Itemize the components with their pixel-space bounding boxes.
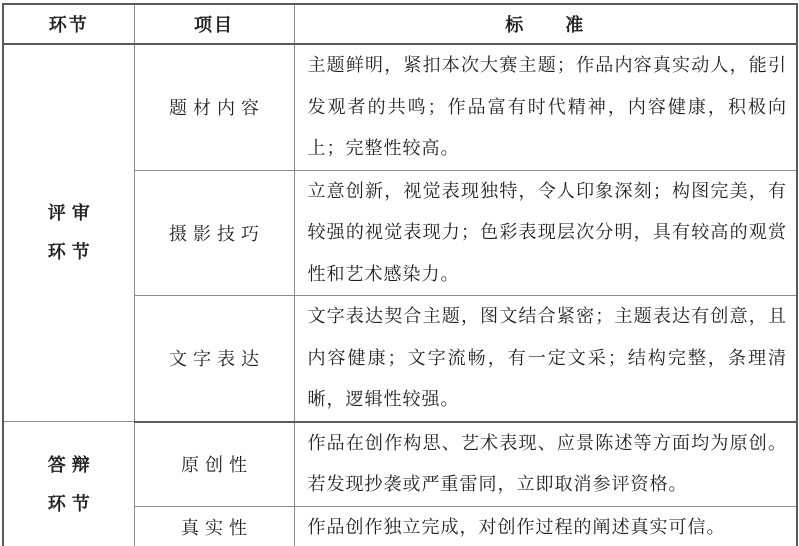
header-cell-standard: 标 准 [294, 4, 797, 44]
item-cell-photography-skill: 摄影技巧 [134, 170, 294, 296]
standard-cell-authenticity: 作品创作独立完成，对创作过程的阐述真实可信。 [294, 506, 797, 546]
header-cell-stage: 环节 [3, 4, 134, 44]
standard-cell-subject-content: 主题鲜明，紧扣本次大赛主题；作品内容真实动人，能引发观者的共鸣；作品富有时代精神… [294, 44, 797, 170]
stage-label-line: 环节 [4, 485, 134, 524]
table-header-row: 环节 项目 标 准 [3, 4, 797, 44]
item-cell-text-expression: 文字表达 [134, 296, 294, 422]
item-cell-subject-content: 题材内容 [134, 44, 294, 170]
stage-cell-review: 评审 环节 [3, 44, 134, 422]
stage-label-line: 答辩 [4, 446, 134, 485]
stage-cell-defense: 答辩 环节 [3, 422, 134, 546]
table-row: 评审 环节 题材内容 主题鲜明，紧扣本次大赛主题；作品内容真实动人，能引发观者的… [3, 44, 797, 170]
standard-cell-originality: 作品在创作构思、艺术表现、应景陈述等方面均为原创。若发现抄袭或严重雷同，立即取消… [294, 422, 797, 507]
stage-label-line: 评审 [4, 194, 134, 233]
table-row: 答辩 环节 原创性 作品在创作构思、艺术表现、应景陈述等方面均为原创。若发现抄袭… [3, 422, 797, 507]
standard-cell-text-expression: 文字表达契合主题，图文结合紧密；主题表达有创意，且内容健康；文字流畅，有一定文采… [294, 296, 797, 422]
item-cell-originality: 原创性 [134, 422, 294, 507]
evaluation-criteria-table: 环节 项目 标 准 评审 环节 题材内容 主题鲜明，紧扣本次大赛主题；作品内容真… [2, 3, 798, 546]
item-cell-authenticity: 真实性 [134, 506, 294, 546]
header-cell-item: 项目 [134, 4, 294, 44]
standard-cell-photography-skill: 立意创新，视觉表现独特，令人印象深刻；构图完美，有较强的视觉表现力；色彩表现层次… [294, 170, 797, 296]
stage-label-line: 环节 [4, 233, 134, 272]
